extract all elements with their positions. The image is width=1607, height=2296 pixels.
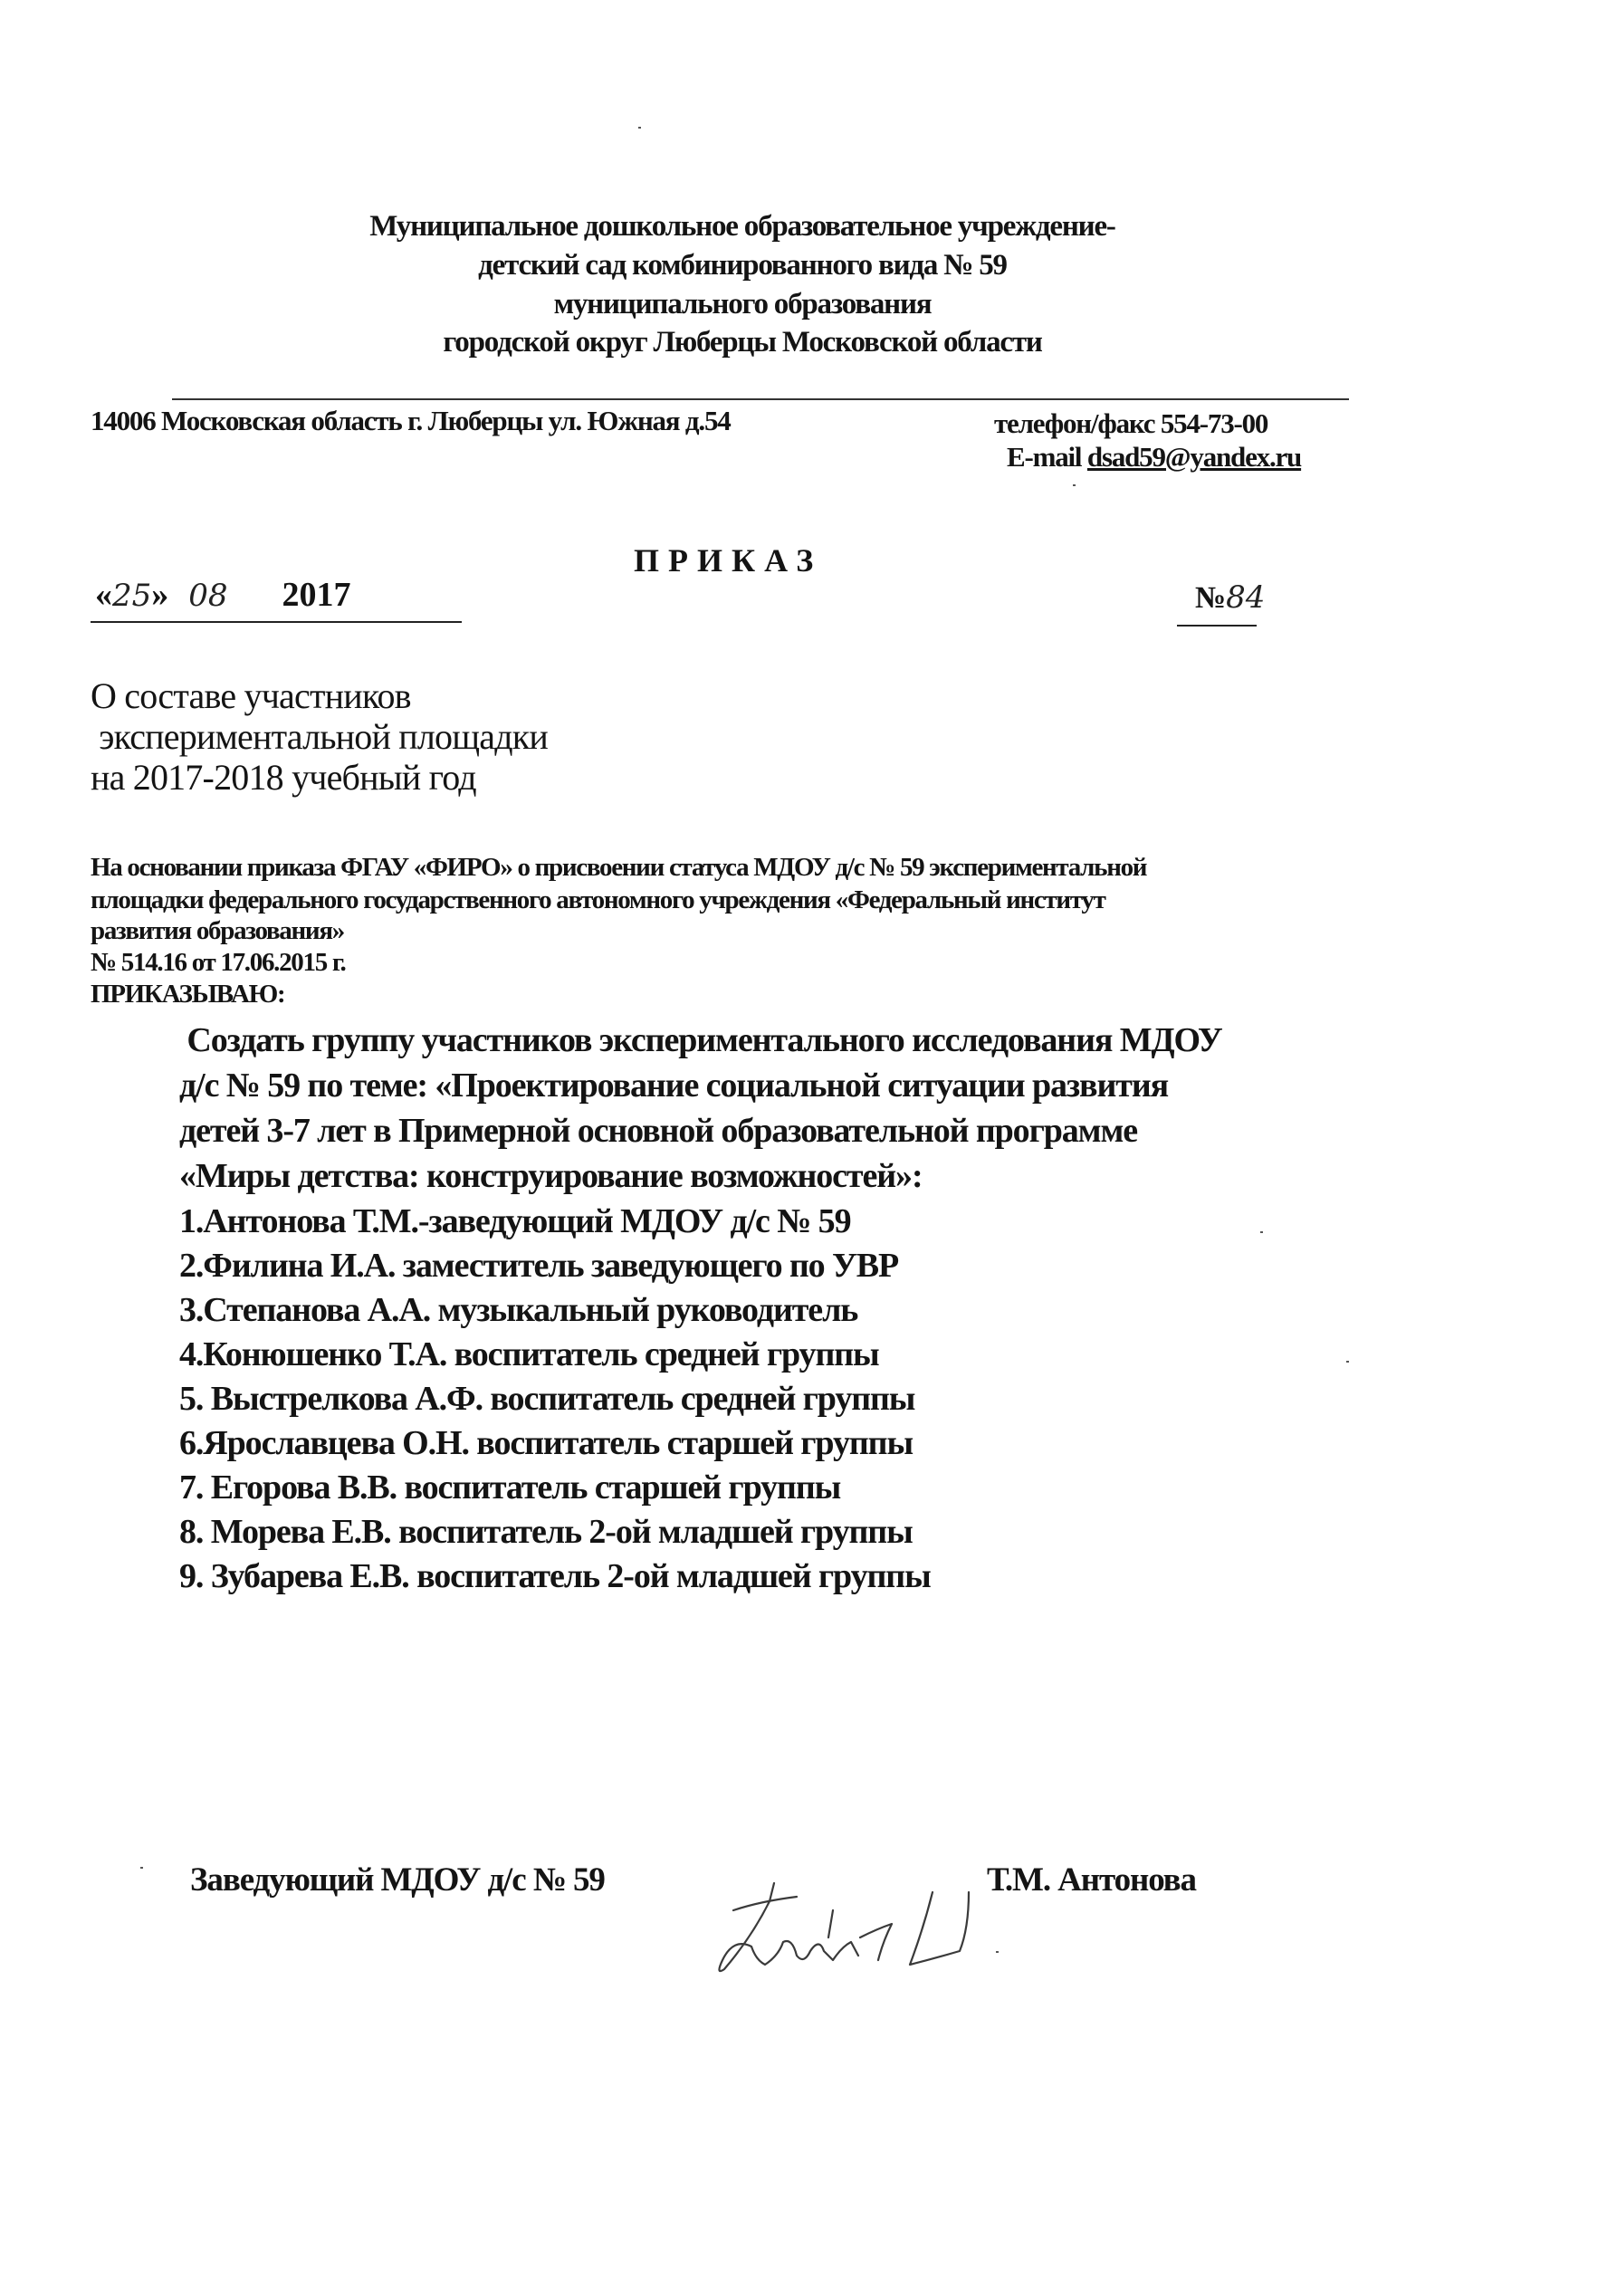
date-close-quote: » <box>151 576 168 614</box>
scan-speck <box>140 1867 143 1869</box>
directive-line-4: «Миры детства: конструирование возможнос… <box>179 1156 923 1196</box>
scan-speck <box>1346 1361 1349 1363</box>
email-label: E-mail <box>1007 441 1081 473</box>
list-item: 2.Филина И.А. заместитель заведующего по… <box>179 1246 898 1286</box>
org-name-line-1: Муниципальное дошкольное образовательное… <box>0 210 1485 244</box>
subject-line-1: О составе участников <box>91 674 411 717</box>
phone-fax: телефон/факс 554-73-00 <box>994 407 1267 440</box>
org-name-line-3: муниципального образования <box>0 288 1485 321</box>
list-item: 7. Егорова В.В. воспитатель старшей груп… <box>179 1468 840 1507</box>
order-number: №84 <box>1195 579 1265 616</box>
order-date: «25» 08 2017 <box>95 575 351 615</box>
number-underline <box>1177 625 1257 627</box>
date-underline <box>91 621 462 623</box>
org-name-line-2: детский сад комбинированного вида № 59 <box>0 249 1485 282</box>
postal-address: 14006 Московская область г. Люберцы ул. … <box>91 405 731 437</box>
basis-order-ref: № 514.16 от 17.06.2015 г. <box>91 948 345 978</box>
scan-speck <box>996 1951 999 1953</box>
email-link[interactable]: dsad59@yandex.ru <box>1087 441 1301 473</box>
header-divider <box>172 398 1349 400</box>
basis-line-3: развития образования» <box>91 916 344 946</box>
list-item: 5. Выстрелкова А.Ф. воспитатель средней … <box>179 1379 914 1419</box>
scan-speck <box>638 127 641 129</box>
date-day-handwritten: 25 <box>112 578 151 614</box>
email-row: E-mail dsad59@yandex.ru <box>1007 441 1301 474</box>
signatory-position: Заведующий МДОУ д/с № 59 <box>190 1861 605 1899</box>
list-item: 1.Антонова Т.М.-заведующий МДОУ д/с № 59 <box>179 1201 850 1241</box>
list-item: 8. Морева Е.В. воспитатель 2-ой младшей … <box>179 1512 913 1552</box>
org-name-line-4: городской округ Люберцы Московской облас… <box>0 326 1485 359</box>
list-item: 9. Зубарева Е.В. воспитатель 2-ой младше… <box>179 1556 931 1596</box>
date-open-quote: « <box>95 576 112 614</box>
subject-line-2: экспериментальной площадки <box>91 715 548 758</box>
basis-line-1: На основании приказа ФГАУ «ФИРО» о присв… <box>91 853 1146 883</box>
date-month-handwritten: 08 <box>188 578 227 614</box>
order-title: ПРИКАЗ <box>634 541 822 579</box>
directive-line-3: детей 3-7 лет в Примерной основной образ… <box>179 1111 1137 1151</box>
date-year: 2017 <box>282 576 351 614</box>
number-label: № <box>1195 581 1226 615</box>
signatory-name: Т.М. Антонова <box>987 1861 1196 1899</box>
list-item: 4.Конюшенко Т.А. воспитатель средней гру… <box>179 1335 879 1374</box>
directive-line-1: Создать группу участников эксперименталь… <box>179 1020 1222 1060</box>
scan-speck <box>1073 484 1076 486</box>
basis-line-2: площадки федерального государственного а… <box>91 885 1105 915</box>
number-handwritten: 84 <box>1226 579 1265 616</box>
subject-line-3: на 2017-2018 учебный год <box>91 756 476 799</box>
scan-speck <box>1260 1231 1263 1233</box>
handwritten-signature-icon <box>697 1874 1005 1983</box>
list-item: 3.Степанова А.А. музыкальный руководител… <box>179 1290 857 1330</box>
list-item: 6.Ярославцева О.Н. воспитатель старшей г… <box>179 1423 913 1463</box>
directive-line-2: д/с № 59 по теме: «Проектирование социал… <box>179 1066 1168 1105</box>
order-directive-word: ПРИКАЗЫВАЮ: <box>91 980 284 1009</box>
